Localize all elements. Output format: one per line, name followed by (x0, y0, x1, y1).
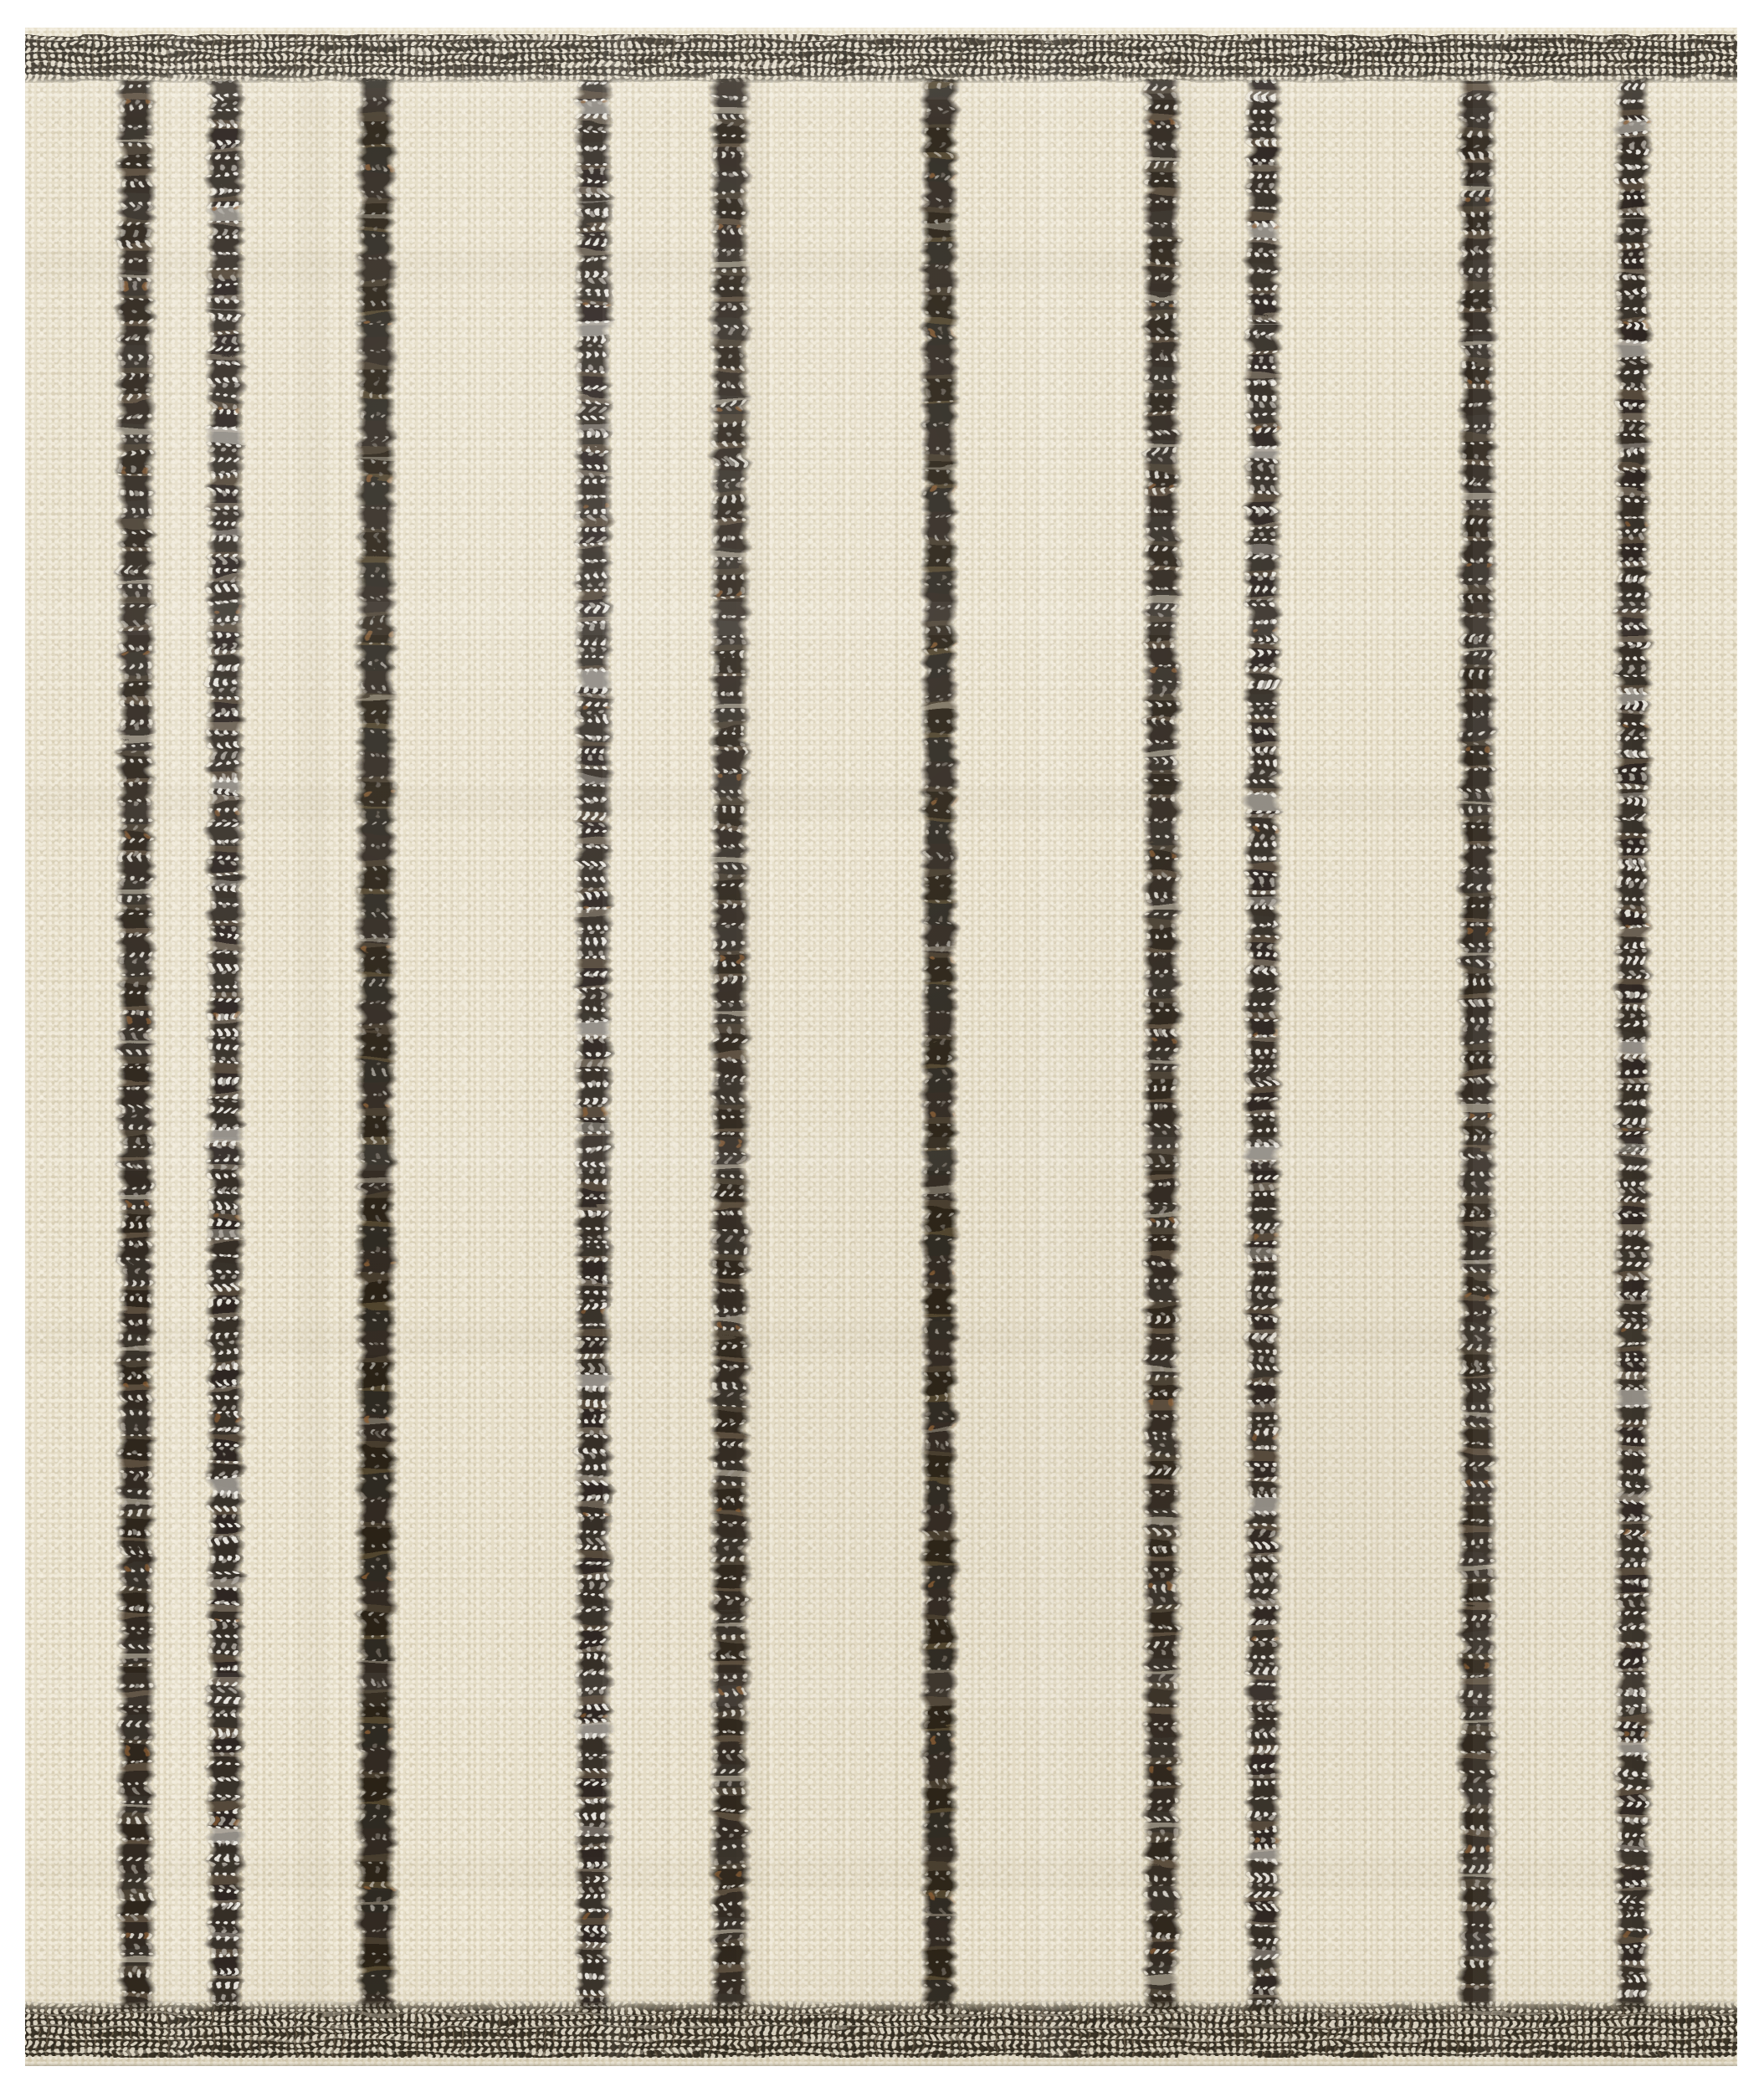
rug-stripe (1245, 79, 1281, 2054)
rug-stripe (575, 79, 613, 2054)
rug-stripe (117, 79, 155, 2054)
rug-photo (25, 28, 1737, 2066)
rug-stripe (710, 79, 750, 2054)
product-photo-canvas (0, 0, 1764, 2092)
rug-stripes-layer (25, 28, 1737, 2066)
rug-stripe (1459, 79, 1496, 2054)
rug-stripe (1615, 79, 1651, 2054)
rug-border-bottom (25, 2001, 1737, 2058)
rug-stripe (1143, 79, 1181, 2054)
rug-border-top (25, 34, 1737, 83)
rug-bottom-selvage-shadow (25, 2063, 1737, 2066)
rug-stripe (356, 79, 396, 2054)
rug-stripe (207, 79, 244, 2054)
rug-stripe (921, 79, 957, 2054)
